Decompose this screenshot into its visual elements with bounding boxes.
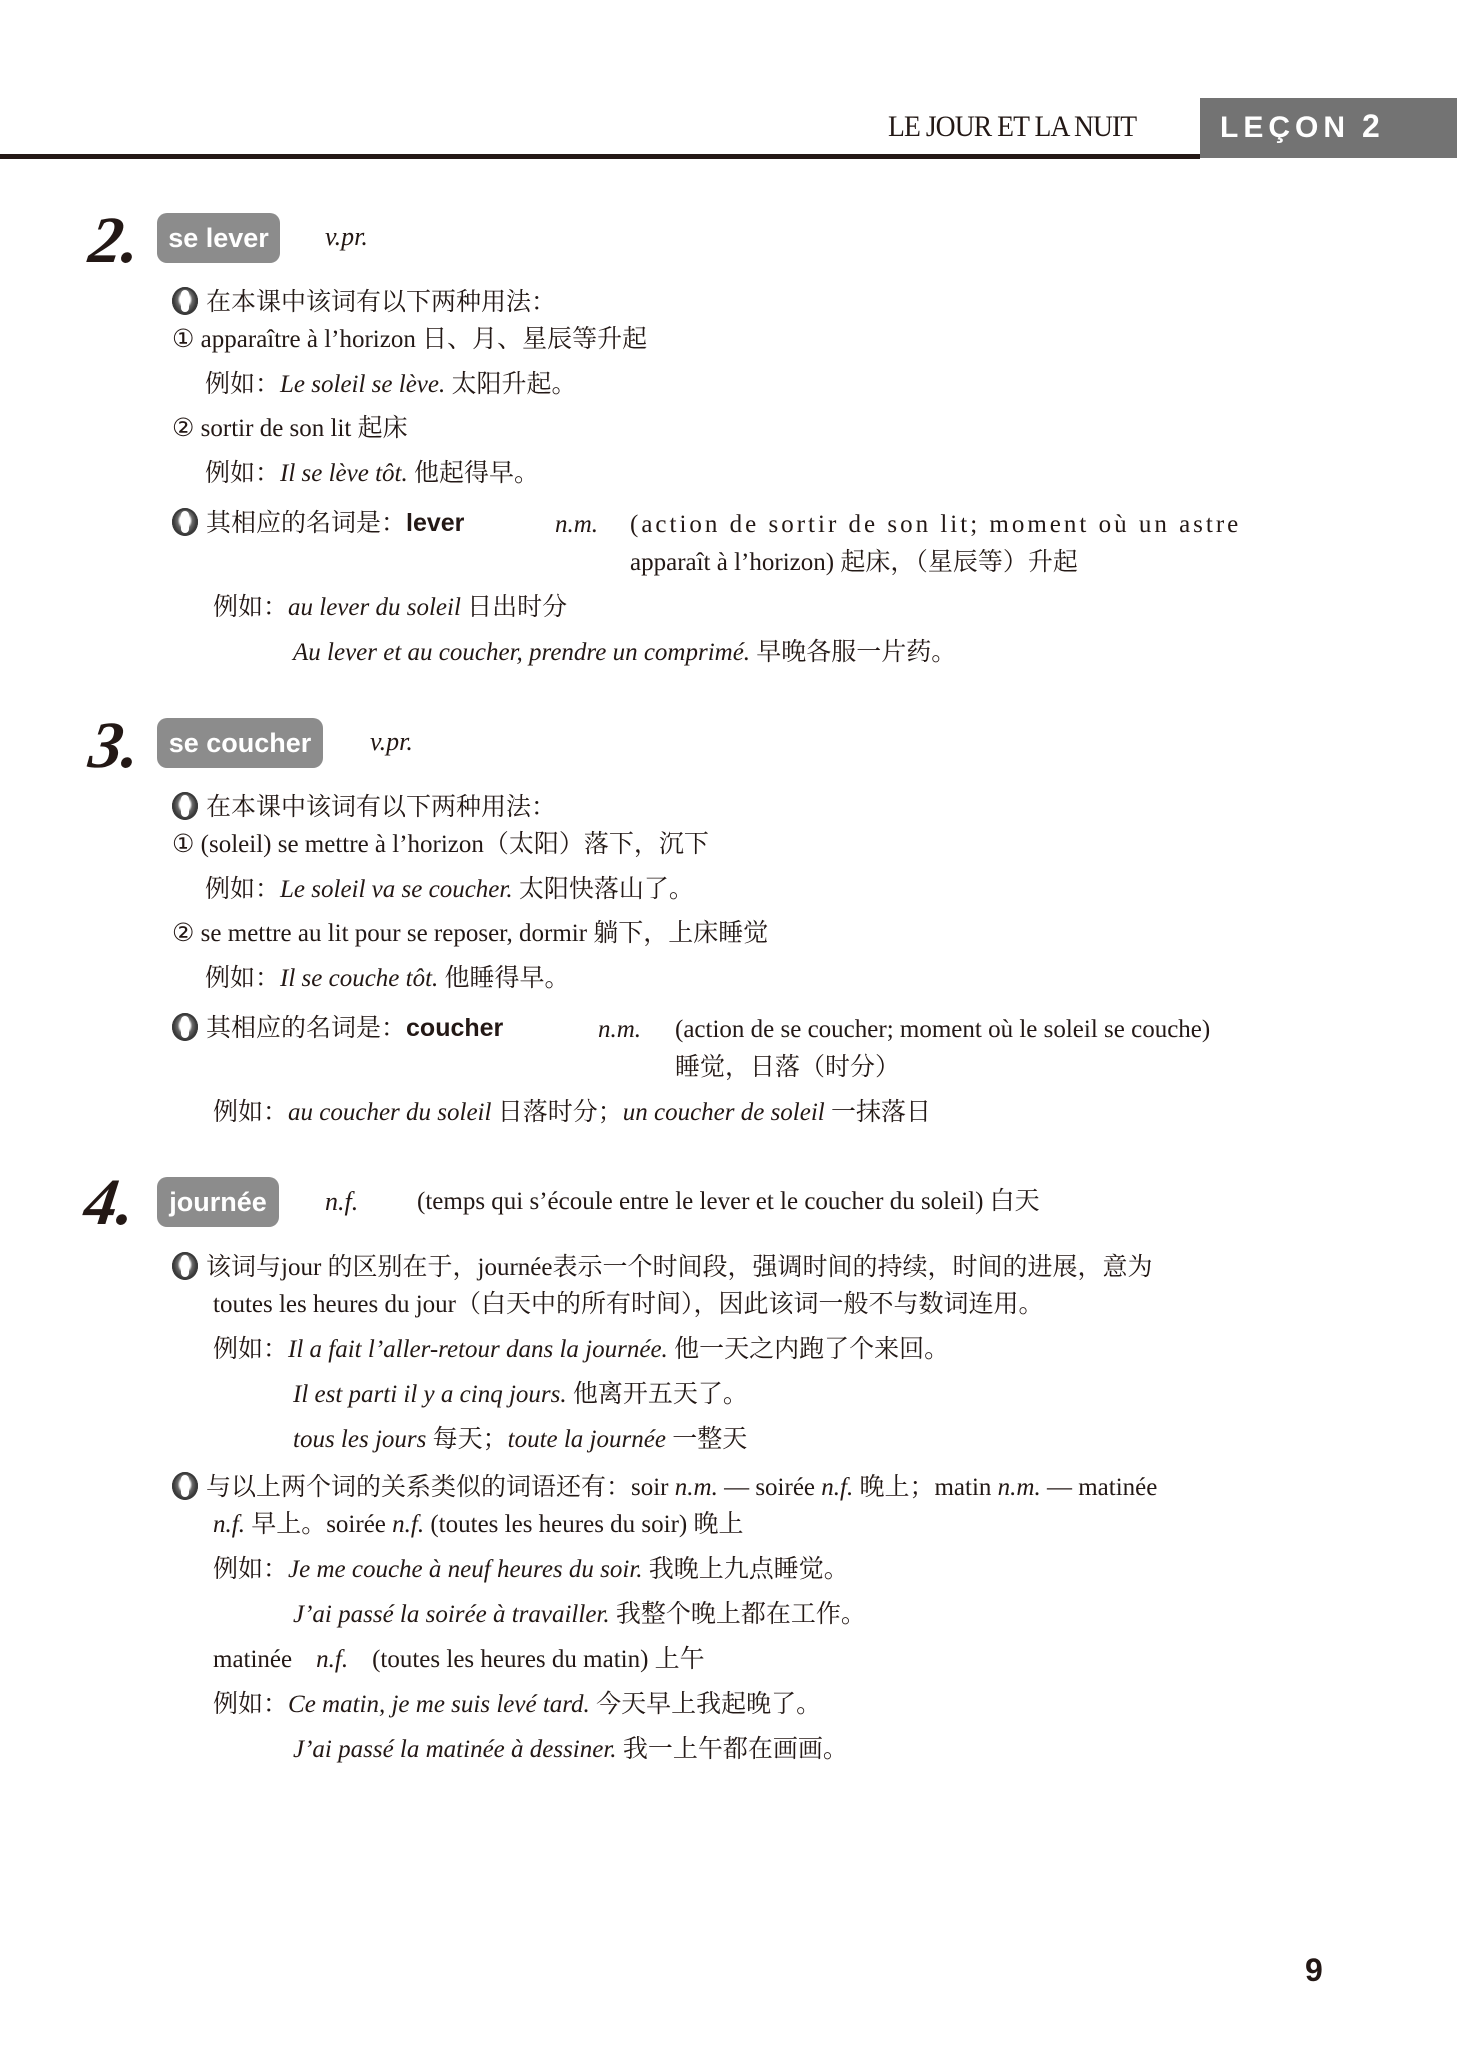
noun-def-line1: (action de se coucher; moment où le sole… (675, 1015, 1210, 1045)
example-fr: au coucher du soleil (288, 1099, 491, 1126)
example-label: 例如： (213, 1099, 288, 1126)
noun-intro-text: 其相应的名词是： (206, 510, 406, 537)
example-fr: Il a fait l’aller-retour dans la journée… (288, 1336, 668, 1363)
noun-def-line1: (action de sortir de son lit; moment où … (630, 510, 1241, 540)
headword-pill: journée (157, 1177, 279, 1227)
lesson-label-text: LEÇON (1220, 111, 1350, 144)
entry-number: 3. (85, 713, 144, 779)
pos-tag: n.m. (998, 1474, 1041, 1501)
example-fr: Il se lève tôt. (280, 460, 408, 487)
example-fr: au lever du soleil (288, 594, 461, 621)
sense-2: ② se mettre au lit pour se reposer, dorm… (172, 919, 768, 949)
example-label: 例如： (213, 1556, 288, 1583)
example-label: 例如： (213, 594, 288, 621)
example-zh: 我一上午都在画画。 (617, 1736, 848, 1763)
lesson-label: LEÇON2 (1220, 108, 1380, 145)
sense-text: (soleil) se mettre à l’horizon（太阳）落下，沉下 (201, 831, 709, 858)
note-1-example-1: 例如：Il a fait l’aller-retour dans la jour… (213, 1335, 949, 1365)
bullet-icon (172, 792, 198, 820)
note-text: 晚上；matin (853, 1474, 997, 1501)
example-zh: 日出时分 (461, 594, 567, 621)
sense-marker: ① (172, 831, 194, 858)
example-label: 例如： (205, 371, 280, 398)
lesson-badge: LEÇON2 (1200, 98, 1457, 158)
noun-intro: 其相应的名词是：coucher (172, 1013, 503, 1044)
note-1-example-3: tous les jours 每天；toute la journée 一整天 (293, 1425, 747, 1455)
pos-tag: n.f. (213, 1511, 245, 1538)
example-zh: 一抹落日 (825, 1099, 931, 1126)
example-label: 例如： (213, 1691, 288, 1718)
matinee-word: matinée (213, 1646, 292, 1673)
example-fr: Il est parti il y a cinq jours. (293, 1381, 567, 1408)
example-fr: un coucher de soleil (623, 1099, 825, 1126)
sense-marker: ② (172, 920, 194, 947)
example-fr: Le soleil va se coucher. (280, 876, 513, 903)
example-zh: 太阳升起。 (445, 371, 576, 398)
usage-intro-text: 在本课中该词有以下两种用法： (206, 794, 556, 821)
note-text: (toutes les heures du soir) 晚上 (424, 1511, 743, 1538)
noun-intro-text: 其相应的名词是： (206, 1015, 406, 1042)
sense-text: se mettre au lit pour se reposer, dormir… (201, 920, 769, 947)
matinee-example-1: 例如：Ce matin, je me suis levé tard. 今天早上我… (213, 1690, 821, 1720)
example-zh: 早晚各服一片药。 (750, 639, 956, 666)
note-text: 与以上两个词的关系类似的词语还有：soir (206, 1474, 675, 1501)
usage-intro-text: 在本课中该词有以下两种用法： (206, 289, 556, 316)
note-1-line2: toutes les heures du jour（白天中的所有时间），因此该词… (213, 1290, 1044, 1320)
headword-pill: se lever (157, 213, 280, 263)
entry-number: 4. (80, 1170, 139, 1236)
part-of-speech: v.pr. (325, 222, 368, 252)
noun-examples: 例如：au coucher du soleil 日落时分；un coucher … (213, 1098, 931, 1128)
entry-number: 2. (85, 208, 144, 274)
noun-intro: 其相应的名词是：lever (172, 508, 464, 539)
example-fr: Je me couche à neuf heures du soir. (288, 1556, 643, 1583)
part-of-speech: n.f. (325, 1187, 358, 1217)
example-fr: tous les jours (293, 1426, 426, 1453)
matinee-definition: matinéen.f.(toutes les heures du matin) … (213, 1645, 705, 1675)
example-fr: Le soleil se lève. (280, 371, 445, 398)
example-zh: 他一天之内跑了个来回。 (668, 1336, 949, 1363)
noun-word: lever (406, 509, 464, 537)
example-zh: 日落时分； (491, 1099, 622, 1126)
example-zh: 我晚上九点睡觉。 (643, 1556, 849, 1583)
sense-1-example: 例如：Le soleil se lève. 太阳升起。 (205, 370, 577, 400)
noun-word: coucher (406, 1014, 503, 1042)
headword-pill: se coucher (157, 718, 323, 768)
bullet-icon (172, 508, 198, 536)
example-fr: J’ai passé la soirée à travailler. (293, 1601, 610, 1628)
pos-tag: n.m. (675, 1474, 718, 1501)
lesson-number: 2 (1362, 108, 1380, 144)
pos-tag: n.f. (821, 1474, 853, 1501)
bullet-icon (172, 1252, 198, 1280)
note-1-example-2: Il est parti il y a cinq jours. 他离开五天了。 (293, 1380, 748, 1410)
example-zh: 今天早上我起晚了。 (590, 1691, 821, 1718)
noun-example-2: Au lever et au coucher, prendre un compr… (293, 638, 956, 668)
example-label: 例如： (213, 1336, 288, 1363)
noun-pos: n.m. (555, 510, 598, 540)
note-text: — matinée (1041, 1474, 1158, 1501)
usage-intro: 在本课中该词有以下两种用法： (172, 287, 556, 318)
pos-tag: n.f. (392, 1511, 424, 1538)
sense-1-example: 例如：Le soleil va se coucher. 太阳快落山了。 (205, 875, 694, 905)
sense-2-example: 例如：Il se lève tôt. 他起得早。 (205, 459, 539, 489)
noun-pos: n.m. (598, 1015, 641, 1045)
example-zh: 每天； (426, 1426, 507, 1453)
sense-marker: ① (172, 326, 194, 353)
page-number: 9 (1305, 1952, 1323, 1989)
sense-1: ① apparaître à l’horizon 日、月、星辰等升起 (172, 325, 647, 355)
example-zh: 他离开五天了。 (567, 1381, 748, 1408)
example-label: 例如： (205, 460, 280, 487)
example-fr: Il se couche tôt. (280, 965, 438, 992)
note-2-example-1: 例如：Je me couche à neuf heures du soir. 我… (213, 1555, 849, 1585)
usage-intro: 在本课中该词有以下两种用法： (172, 792, 556, 823)
sense-2-example: 例如：Il se couche tôt. 他睡得早。 (205, 964, 570, 994)
sense-2: ② sortir de son lit 起床 (172, 414, 408, 444)
example-fr: Au lever et au coucher, prendre un compr… (293, 639, 750, 666)
matinee-example-2: J’ai passé la matinée à dessiner. 我一上午都在… (293, 1735, 848, 1765)
example-label: 例如： (205, 876, 280, 903)
example-fr: toute la journée (508, 1426, 666, 1453)
example-zh: 太阳快落山了。 (513, 876, 694, 903)
bullet-icon (172, 1472, 198, 1500)
note-1-line1: 该词与jour 的区别在于，journée表示一个时间段，强调时间的持续，时间的… (172, 1252, 1153, 1283)
part-of-speech: v.pr. (370, 727, 413, 757)
bullet-icon (172, 1013, 198, 1041)
example-fr: J’ai passé la matinée à dessiner. (293, 1736, 617, 1763)
example-fr: Ce matin, je me suis levé tard. (288, 1691, 590, 1718)
example-zh: 他起得早。 (408, 460, 539, 487)
example-label: 例如： (205, 965, 280, 992)
noun-example-1: 例如：au lever du soleil 日出时分 (213, 593, 567, 623)
definition: (temps qui s’écoule entre le lever et le… (417, 1187, 1040, 1217)
matinee-def: (toutes les heures du matin) 上午 (372, 1646, 705, 1673)
sense-1: ① (soleil) se mettre à l’horizon（太阳）落下，沉… (172, 830, 709, 860)
note-2-line1: 与以上两个词的关系类似的词语还有：soir n.m. — soirée n.f.… (172, 1472, 1157, 1503)
note-text: 早上。soirée (245, 1511, 392, 1538)
example-zh: 我整个晚上都在工作。 (610, 1601, 866, 1628)
chapter-title: LE JOUR ET LA NUIT (888, 110, 1136, 144)
pos-tag: n.f. (316, 1646, 348, 1673)
note-text: 该词与jour 的区别在于，journée表示一个时间段，强调时间的持续，时间的… (206, 1254, 1153, 1281)
note-2-line2: n.f. 早上。soirée n.f. (toutes les heures d… (213, 1510, 744, 1540)
example-zh: 一整天 (666, 1426, 747, 1453)
header-rule (0, 154, 1200, 159)
example-zh: 他睡得早。 (438, 965, 569, 992)
sense-text: sortir de son lit 起床 (201, 415, 408, 442)
noun-def-line2: apparaît à l’horizon) 起床，（星辰等）升起 (630, 548, 1078, 578)
note-2-example-2: J’ai passé la soirée à travailler. 我整个晚上… (293, 1600, 866, 1630)
sense-marker: ② (172, 415, 194, 442)
bullet-icon (172, 287, 198, 315)
note-text: — soirée (718, 1474, 821, 1501)
sense-text: apparaître à l’horizon 日、月、星辰等升起 (201, 326, 647, 353)
noun-def-line2: 睡觉，日落（时分） (675, 1053, 900, 1083)
